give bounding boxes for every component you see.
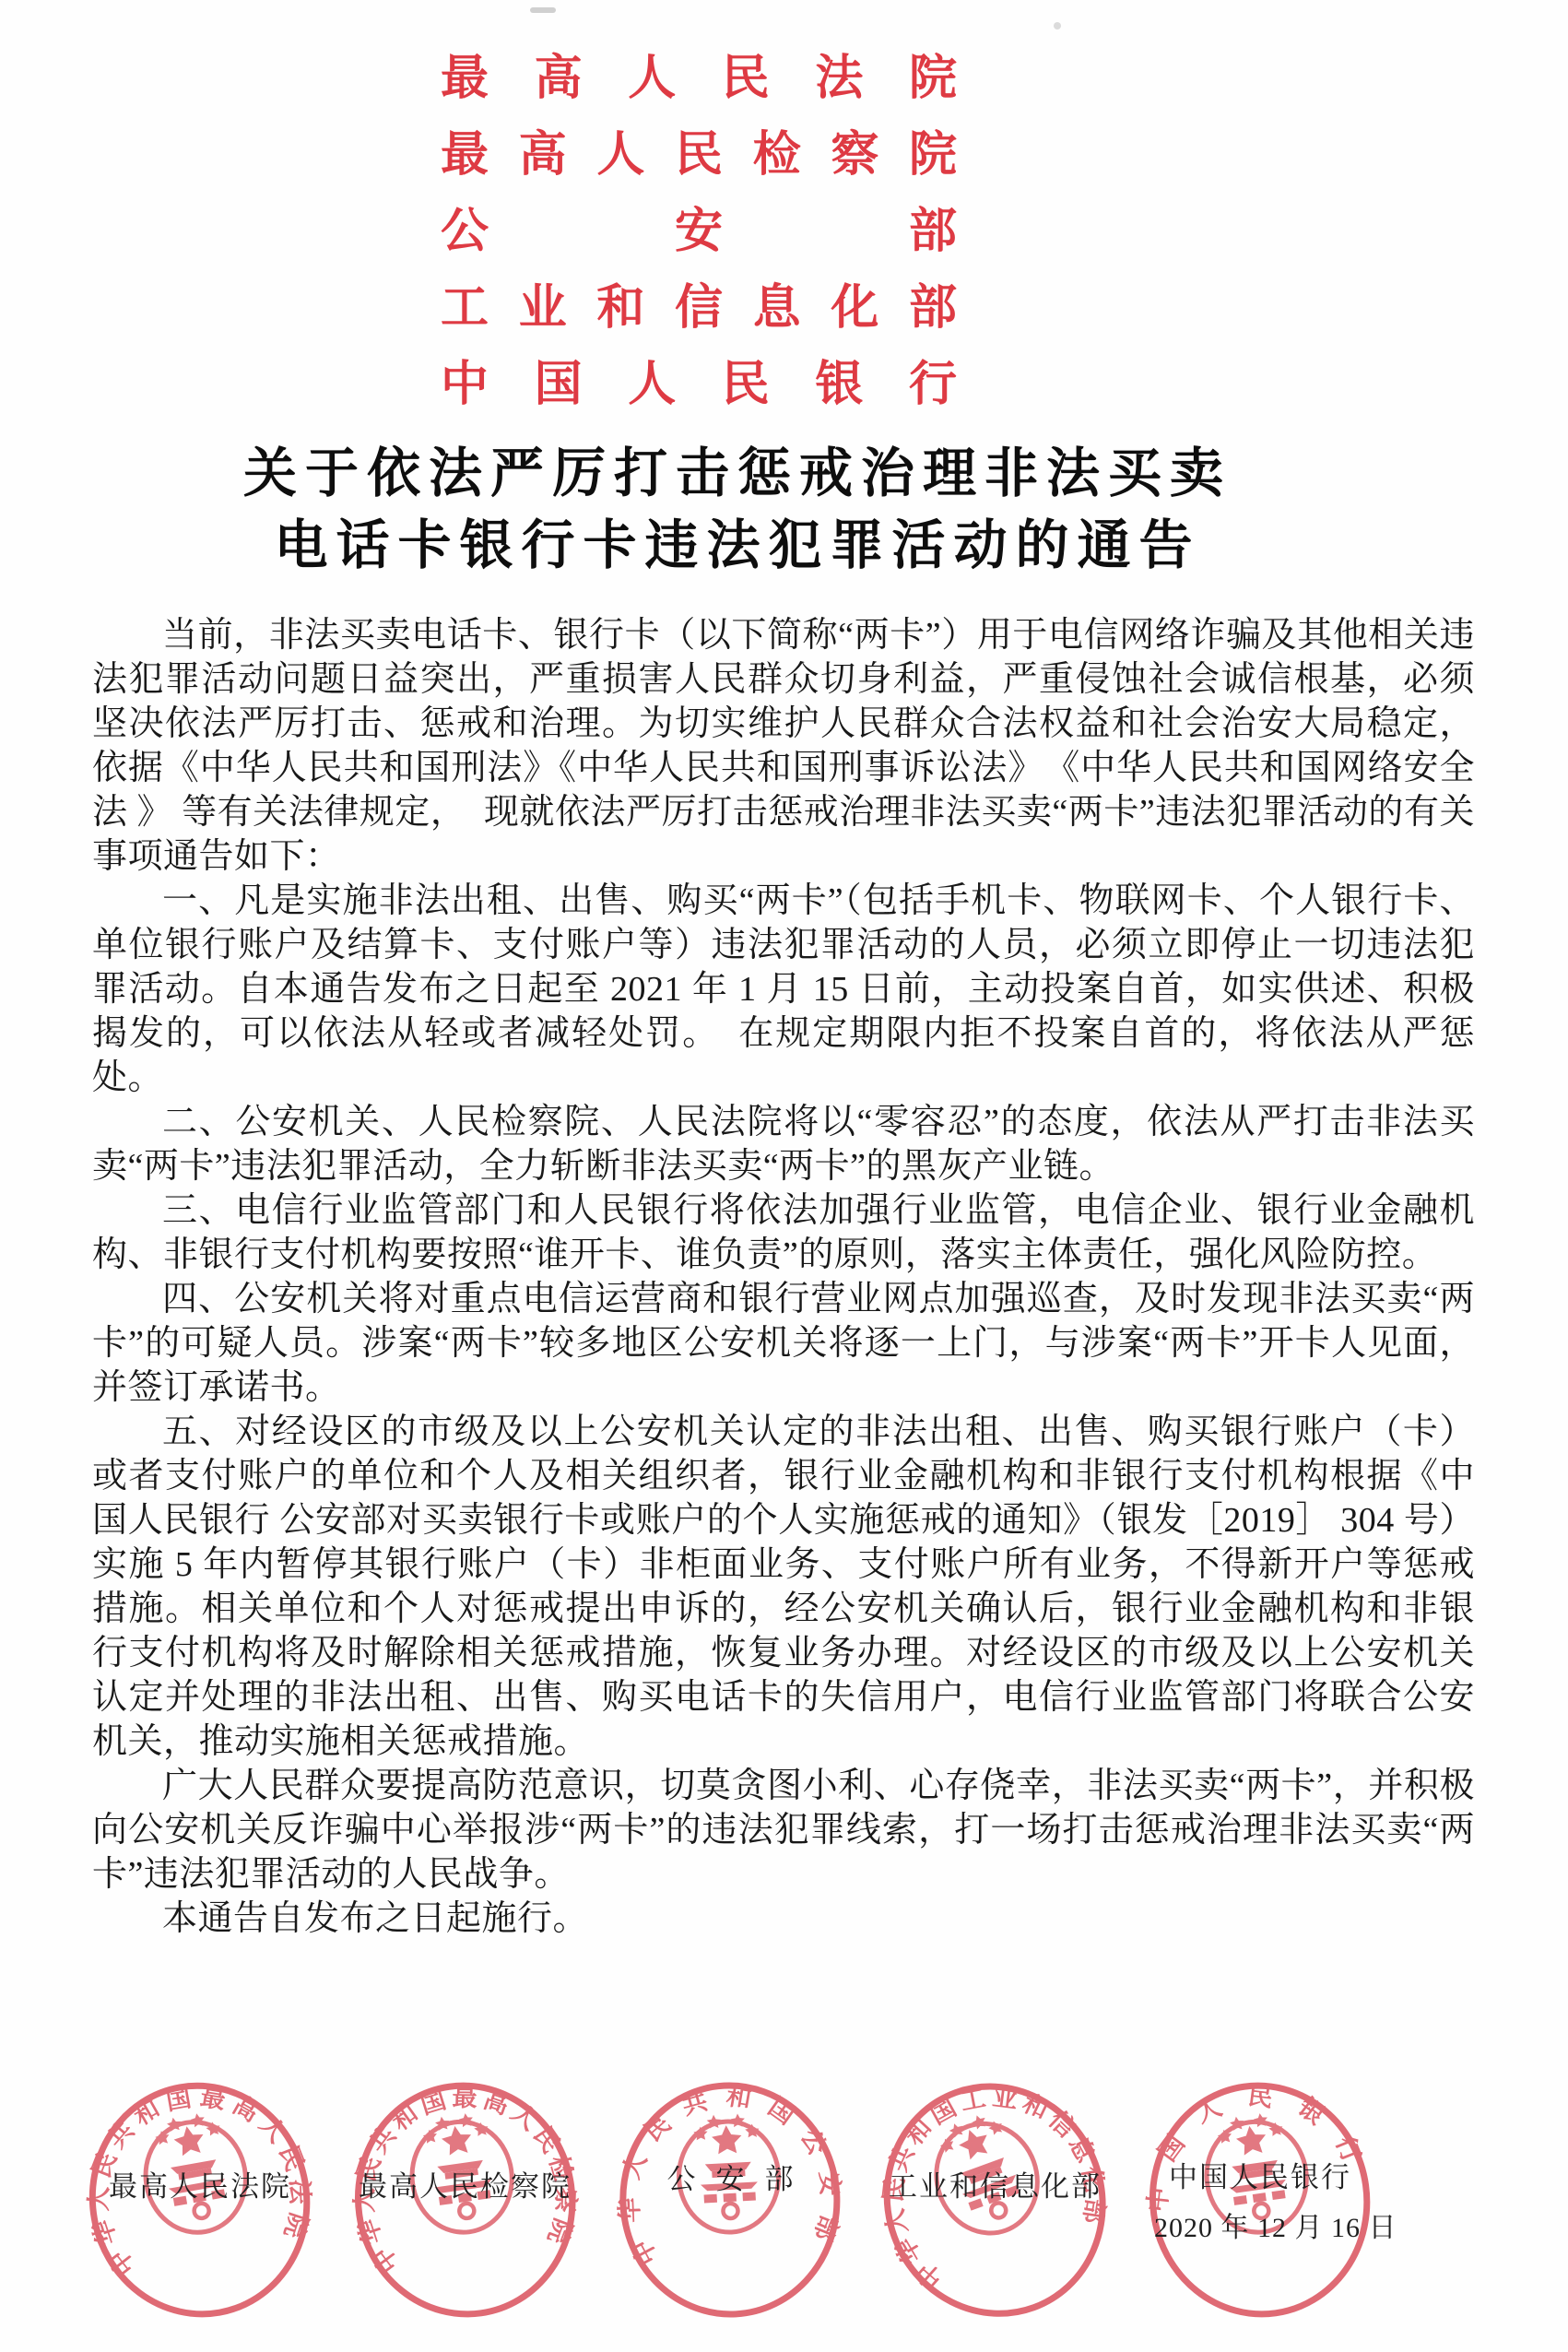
seal-procuratorate: 中华人民共和国最高人民检察院 最高人民检察院 — [350, 2080, 581, 2324]
issuing-agencies-header: 最高人民法院 最高人民检察院 公安部 工业和信息化部 中国人民银行 — [441, 41, 957, 423]
notice-paragraph: 二、公安机关、人民检察院、人民法院将以“零容忍”的态度，依法从严打击非法买卖“两… — [92, 1100, 1475, 1188]
seal-pboc: 中国人民银行 中国人民银行 2020 年 12 月 16 日 — [1145, 2080, 1375, 2324]
seal-caption: 最高人民法院 — [62, 2163, 338, 2204]
agency-line-miit: 工业和信息化部 — [441, 270, 957, 347]
notice-paragraph: 三、电信行业监管部门和人民银行将依法加强行业监管，电信企业、银行业金融机构、非银… — [92, 1188, 1475, 1277]
notice-paragraph: 一、凡是实施非法出租、出售、购买“两卡”（包括手机卡、物联网卡、个人银行卡、单位… — [92, 879, 1475, 1100]
seal-graphic: 中华人民共和国公安部 — [608, 2074, 852, 2331]
seal-graphic: 中国人民银行 — [1129, 2065, 1391, 2339]
agency-line-procuratorate: 最高人民检察院 — [441, 117, 957, 194]
notice-paragraph: 五、对经设区的市级及以上公安机关认定的非法出租、出售、购买银行账户（卡）或者支付… — [92, 1410, 1475, 1764]
seal-supreme-court: 中华人民共和国最高人民法院 最高人民法院 — [85, 2080, 315, 2324]
notice-title-line-2: 电话卡银行卡违法犯罪活动的通告 — [92, 510, 1383, 582]
agency-line-pboc: 中国人民银行 — [441, 347, 957, 423]
seal-caption: 中国人民银行 — [1122, 2154, 1398, 2195]
seal-caption: 公安部 — [592, 2156, 868, 2197]
agency-line-supreme-court: 最高人民法院 — [441, 41, 957, 117]
official-seals-row: 中华人民共和国最高人民法院 最高人民法院 — [85, 2080, 1375, 2324]
seal-caption: 最高人民检察院 — [327, 2163, 604, 2204]
scan-speck — [1054, 22, 1061, 30]
agency-line-public-security: 公安部 — [441, 194, 957, 270]
seal-public-security: 中华人民共和国公安部 公安部 — [615, 2080, 845, 2324]
notice-paragraph: 本通告自发布之日起施行。 — [92, 1897, 1475, 1941]
seal-caption: 工业和信息化部 — [857, 2163, 1134, 2204]
notice-title: 关于依法严厉打击惩戒治理非法买卖 电话卡银行卡违法犯罪活动的通告 — [92, 438, 1383, 582]
scan-speck — [530, 7, 556, 13]
notice-body: 当前，非法买卖电话卡、银行卡（以下简称“两卡”）用于电信网络诈骗及其他相关违法犯… — [92, 613, 1475, 1941]
notice-document: 最高人民法院 最高人民检察院 公安部 工业和信息化部 中国人民银行 关于依法严厉… — [0, 0, 1568, 2352]
notice-paragraph: 当前，非法买卖电话卡、银行卡（以下简称“两卡”）用于电信网络诈骗及其他相关违法犯… — [92, 613, 1475, 879]
notice-title-line-1: 关于依法严厉打击惩戒治理非法买卖 — [92, 438, 1383, 510]
notice-paragraph: 广大人民群众要提高防范意识，切莫贪图小利、心存侥幸，非法买卖“两卡”，并积极向公… — [92, 1764, 1475, 1897]
seal-miit: 中华人民共和国工业和信息化部 工业和信息化部 — [880, 2080, 1111, 2324]
issue-date: 2020 年 12 月 16 日 — [1154, 2204, 1568, 2245]
notice-paragraph: 四、公安机关将对重点电信运营商和银行营业网点加强巡查，及时发现非法买卖“两卡”的… — [92, 1277, 1475, 1410]
